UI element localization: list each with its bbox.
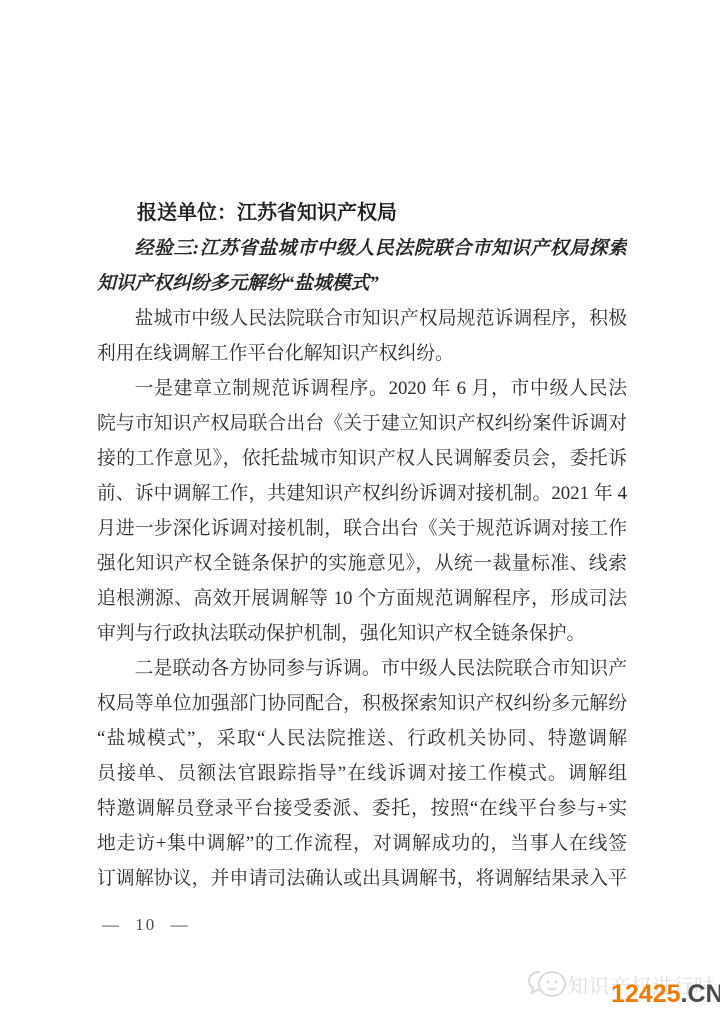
body-line: 利用在线调解工作平台化解知识产权纠纷。: [97, 336, 627, 371]
body-line: 订调解协议，并申请司法确认或出具调解书，将调解结果录入平: [97, 861, 627, 896]
chat-bubbles-icon: [527, 968, 567, 1005]
body-line: 权局等单位加强部门协同配合，积极探索知识产权纠纷多元解纷: [97, 686, 627, 721]
page-number: — 10 —: [102, 915, 190, 935]
watermark-site-text: 12425.CN: [611, 980, 720, 1009]
body-line: 二是联动各方协同参与诉调。市中级人民法院联合市知识产: [97, 651, 627, 686]
text-block: 报送单位：江苏省知识产权局 经验三:江苏省盐城市中级人民法院联合市知识产权局探索…: [97, 196, 627, 896]
body-line: 员接单、员额法官跟踪指导”在线诉调对接工作模式。调解组织、: [97, 756, 627, 791]
body-line: “盐城模式”，采取“人民法院推送、行政机关协同、特邀调解: [97, 721, 627, 756]
watermark-site-number: 12425: [611, 980, 681, 1008]
section-heading-line: 知识产权纠纷多元解纷“盐城模式”: [97, 266, 627, 301]
body-line: 月进一步深化诉调对接机制，联合出台《关于规范诉调对接工作: [97, 511, 627, 546]
body-line: 盐城市中级人民法院联合市知识产权局规范诉调程序，积极: [97, 301, 627, 336]
body-line: 院与市知识产权局联合出台《关于建立知识产权纠纷案件诉调对: [97, 406, 627, 441]
body-line: 强化知识产权全链条保护的实施意见》，从统一裁量标准、线索: [97, 546, 627, 581]
body-line: 追根溯源、高效开展调解等 10 个方面规范调解程序，形成司法: [97, 581, 627, 616]
document-page: 报送单位：江苏省知识产权局 经验三:江苏省盐城市中级人民法院联合市知识产权局探索…: [0, 0, 720, 1018]
report-unit-line: 报送单位：江苏省知识产权局: [97, 196, 627, 231]
section-heading-line: 经验三:江苏省盐城市中级人民法院联合市知识产权局探索: [97, 231, 627, 266]
body-line: 特邀调解员登录平台接受委派、委托，按照“在线平台参与+实: [97, 791, 627, 826]
body-line: 一是建章立制规范诉调程序。2020 年 6 月，市中级人民法: [97, 371, 627, 406]
body-line: 审判与行政执法联动保护机制，强化知识产权全链条保护。: [97, 616, 627, 651]
watermark-site-tld: .CN: [681, 980, 720, 1008]
body-line: 地走访+集中调解”的工作流程，对调解成功的，当事人在线签: [97, 826, 627, 861]
site-watermark: 知识产权进行时 12425.CN: [527, 964, 717, 1014]
body-line: 前、诉中调解工作，共建知识产权纠纷诉调对接机制。2021 年 4: [97, 476, 627, 511]
body-line: 接的工作意见》，依托盐城市知识产权人民调解委员会，委托诉: [97, 441, 627, 476]
